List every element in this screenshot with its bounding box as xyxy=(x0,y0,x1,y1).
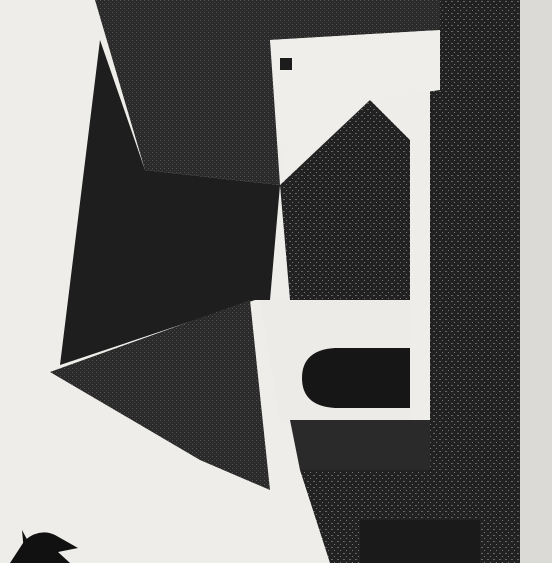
arched-window xyxy=(302,348,410,408)
photograph xyxy=(0,0,552,563)
bird-silhouette xyxy=(10,532,78,563)
church-photo xyxy=(0,0,552,563)
